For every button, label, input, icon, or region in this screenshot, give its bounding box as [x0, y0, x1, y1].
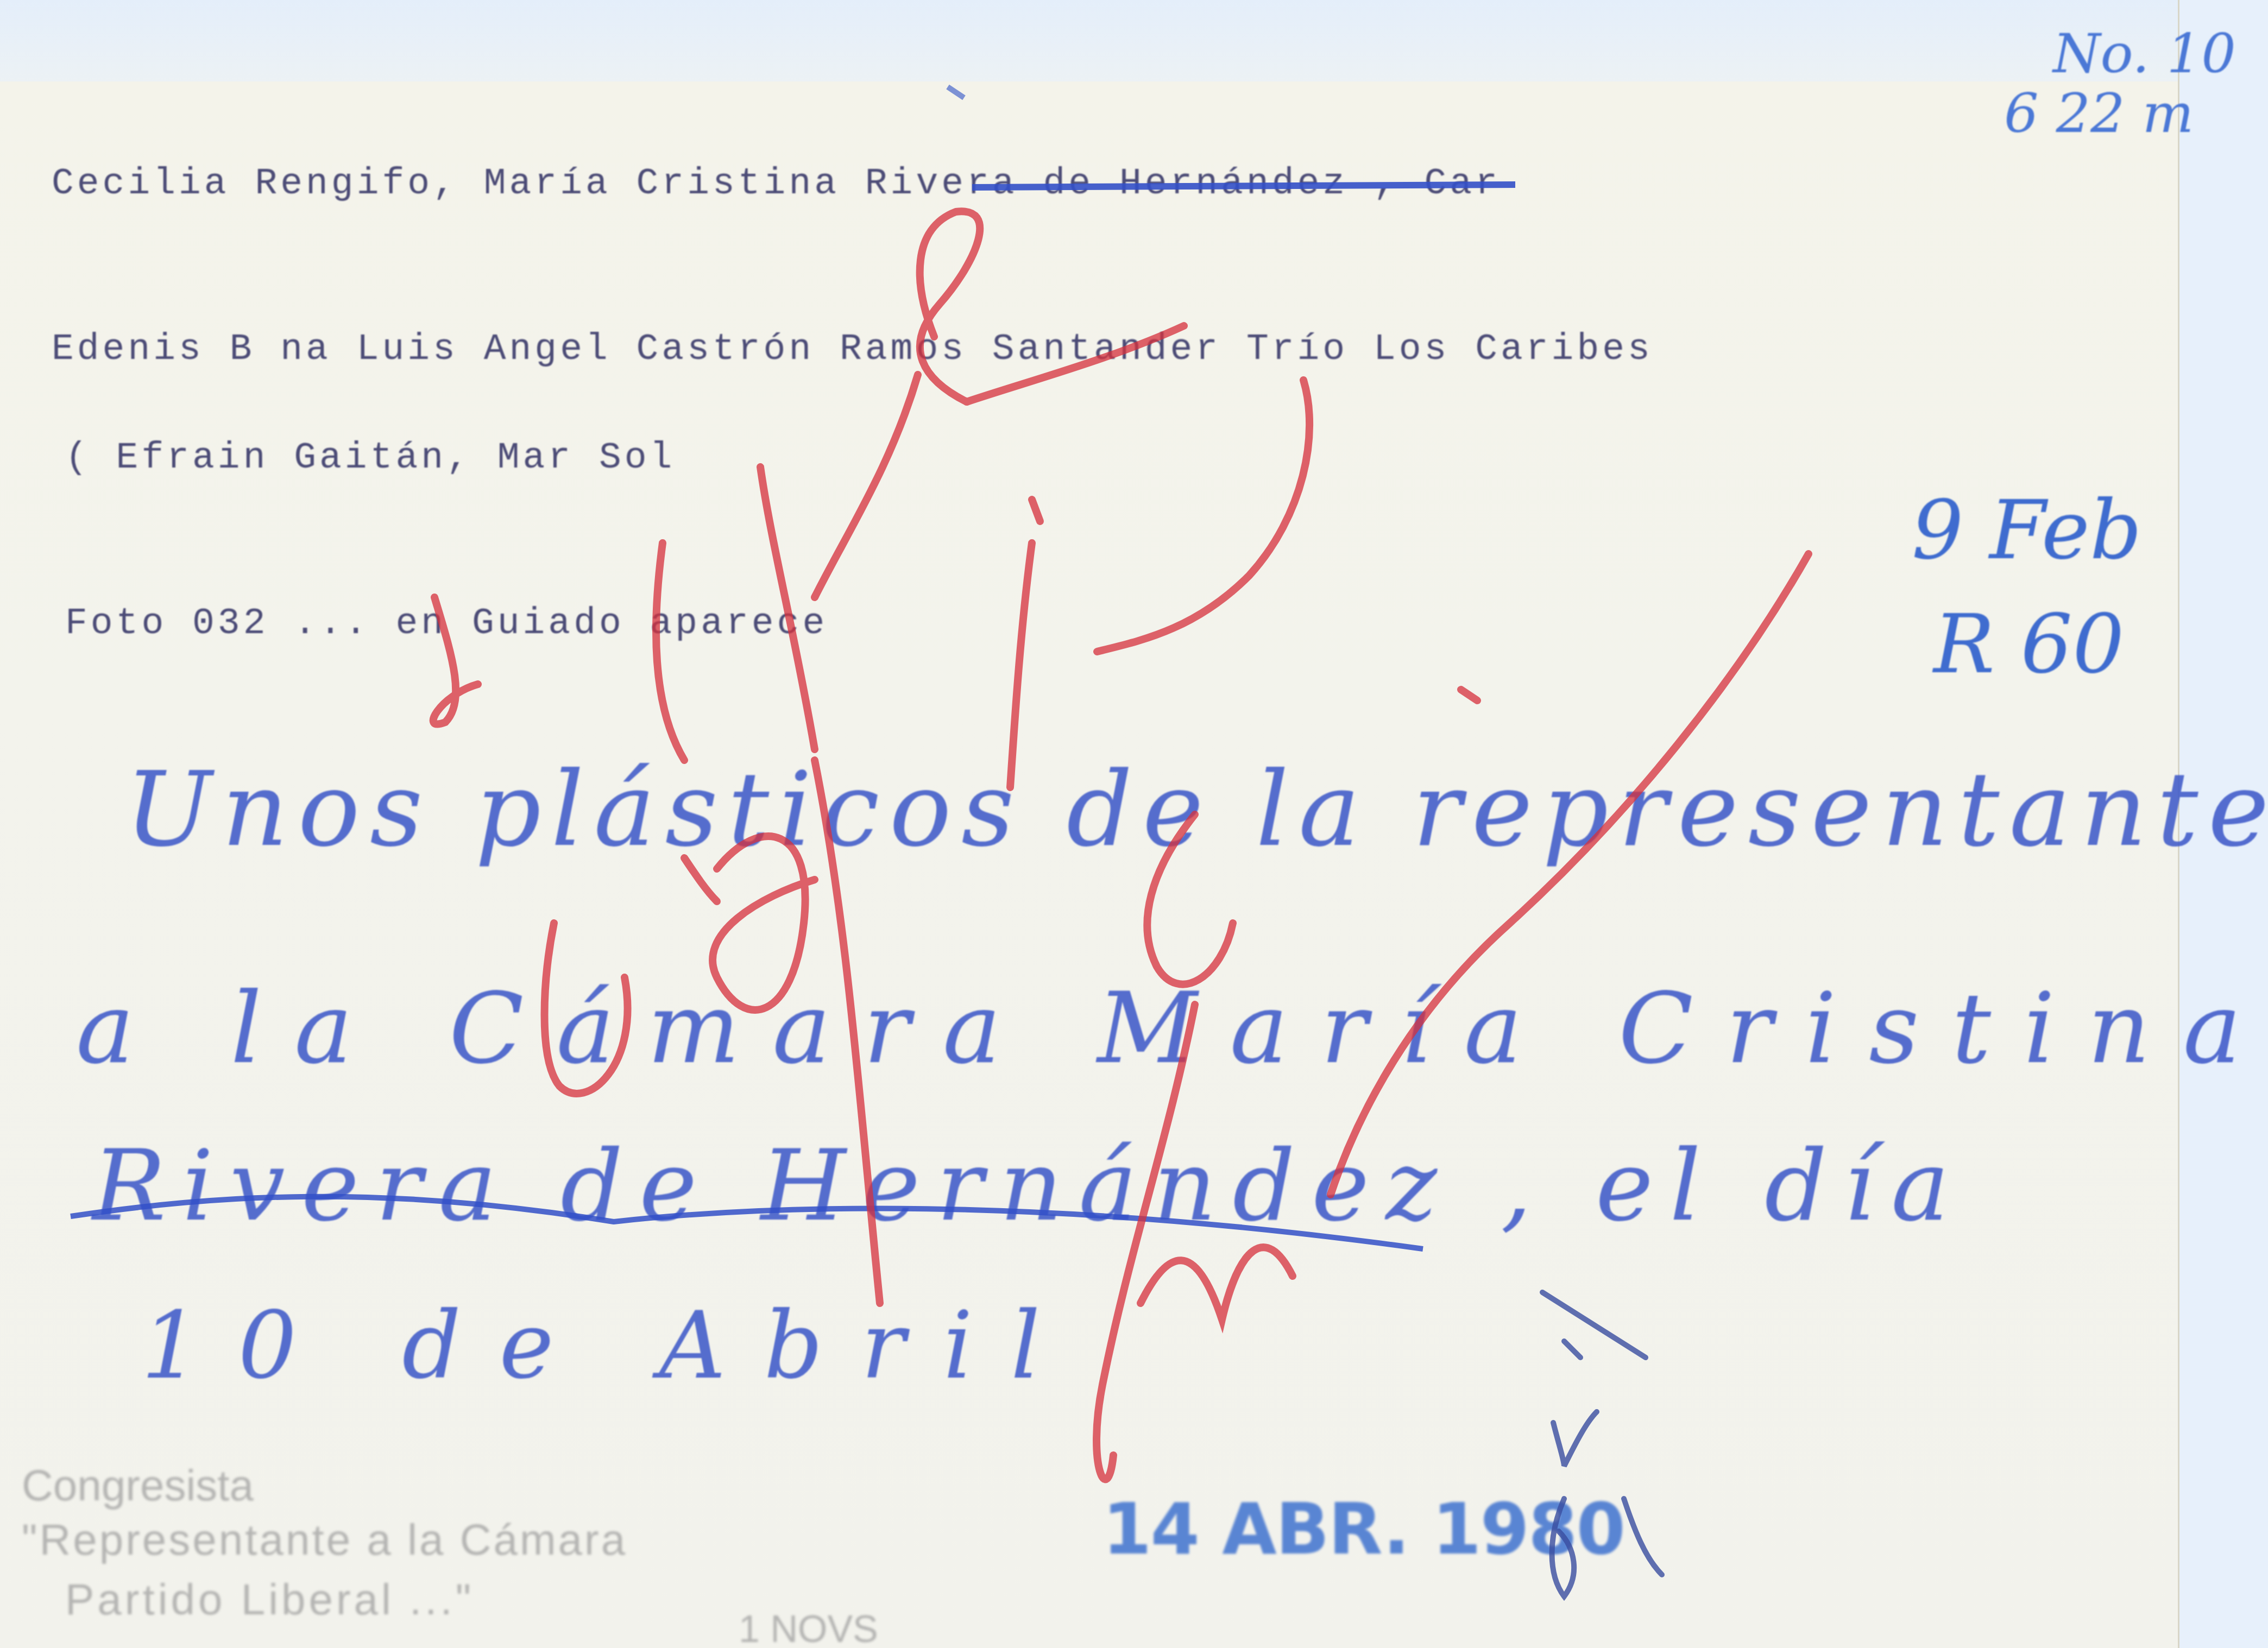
top-center-mark: [948, 87, 964, 98]
initials-mark: [1542, 1292, 1662, 1596]
handwritten-name-underline: [71, 1197, 1423, 1249]
red-signature: [433, 211, 1809, 1479]
name-underline: [972, 185, 1515, 187]
ink-strokes-layer: [0, 0, 2268, 1648]
